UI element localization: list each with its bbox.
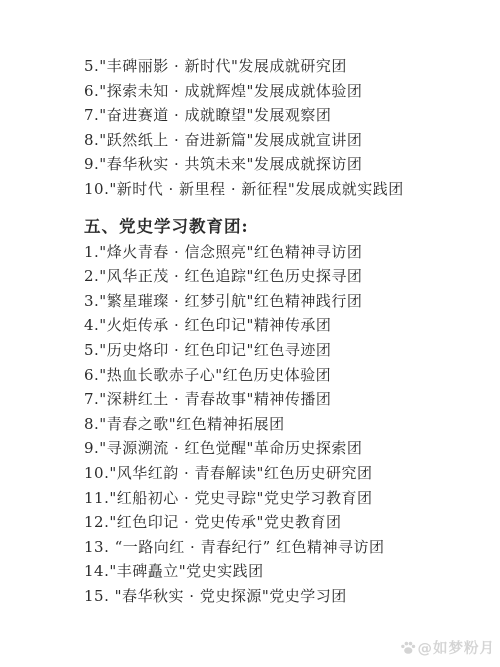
document-body: 5."丰碑丽影 · 新时代"发展成就研究团 6."探索未知 · 成就辉煌"发展成… — [84, 54, 490, 608]
list-item: 6."热血长歌赤子心"红色历史体验团 — [84, 363, 490, 388]
list-item: 5."丰碑丽影 · 新时代"发展成就研究团 — [84, 54, 490, 79]
list-item: 9."春华秋实 · 共筑未来"发展成就探访团 — [84, 152, 490, 177]
list-item: 15. "春华秋实 · 党史探源"党史学习团 — [84, 584, 490, 609]
list-item: 6."探索未知 · 成就辉煌"发展成就体验团 — [84, 79, 490, 104]
list-item: 5."历史烙印 · 红色印记"红色寻迹团 — [84, 338, 490, 363]
list-item: 4."火炬传承 · 红色印记"精神传承团 — [84, 313, 490, 338]
list-item: 14."丰碑矗立"党史实践团 — [84, 559, 490, 584]
list-item: 2."风华正茂 · 红色追踪"红色历史探寻团 — [84, 264, 490, 289]
list-item: 13. “一路向红 · 青春纪行” 红色精神寻访团 — [84, 535, 490, 560]
list-item: 1."烽火青春 · 信念照亮"红色精神寻访团 — [84, 240, 490, 265]
watermark-text: @如梦粉月 — [418, 637, 496, 658]
list-item: 7."奋进赛道 · 成就瞭望"发展观察团 — [84, 103, 490, 128]
watermark: @如梦粉月 — [400, 637, 496, 658]
list-item: 10."新时代 · 新里程 · 新征程"发展成就实践团 — [84, 177, 490, 202]
list-item: 9."寻源溯流 · 红色觉醒"革命历史探索团 — [84, 436, 490, 461]
list-item: 3."繁星璀璨 · 红梦引航"红色精神践行团 — [84, 289, 490, 314]
list-item: 7."深耕红土 · 青春故事"精神传播团 — [84, 387, 490, 412]
list-item: 8."跃然纸上 · 奋进新篇"发展成就宣讲团 — [84, 128, 490, 153]
paw-icon — [400, 640, 416, 655]
list-item: 10."风华红韵 · 青春解读"红色历史研究团 — [84, 461, 490, 486]
section-heading: 五、党史学习教育团: — [84, 214, 490, 240]
document-page: 5."丰碑丽影 · 新时代"发展成就研究团 6."探索未知 · 成就辉煌"发展成… — [0, 0, 500, 667]
list-item: 11."红船初心 · 党史寻踪"党史学习教育团 — [84, 486, 490, 511]
list-item: 12."红色印记 · 党史传承"党史教育团 — [84, 510, 490, 535]
list-item: 8."青春之歌"红色精神拓展团 — [84, 412, 490, 437]
